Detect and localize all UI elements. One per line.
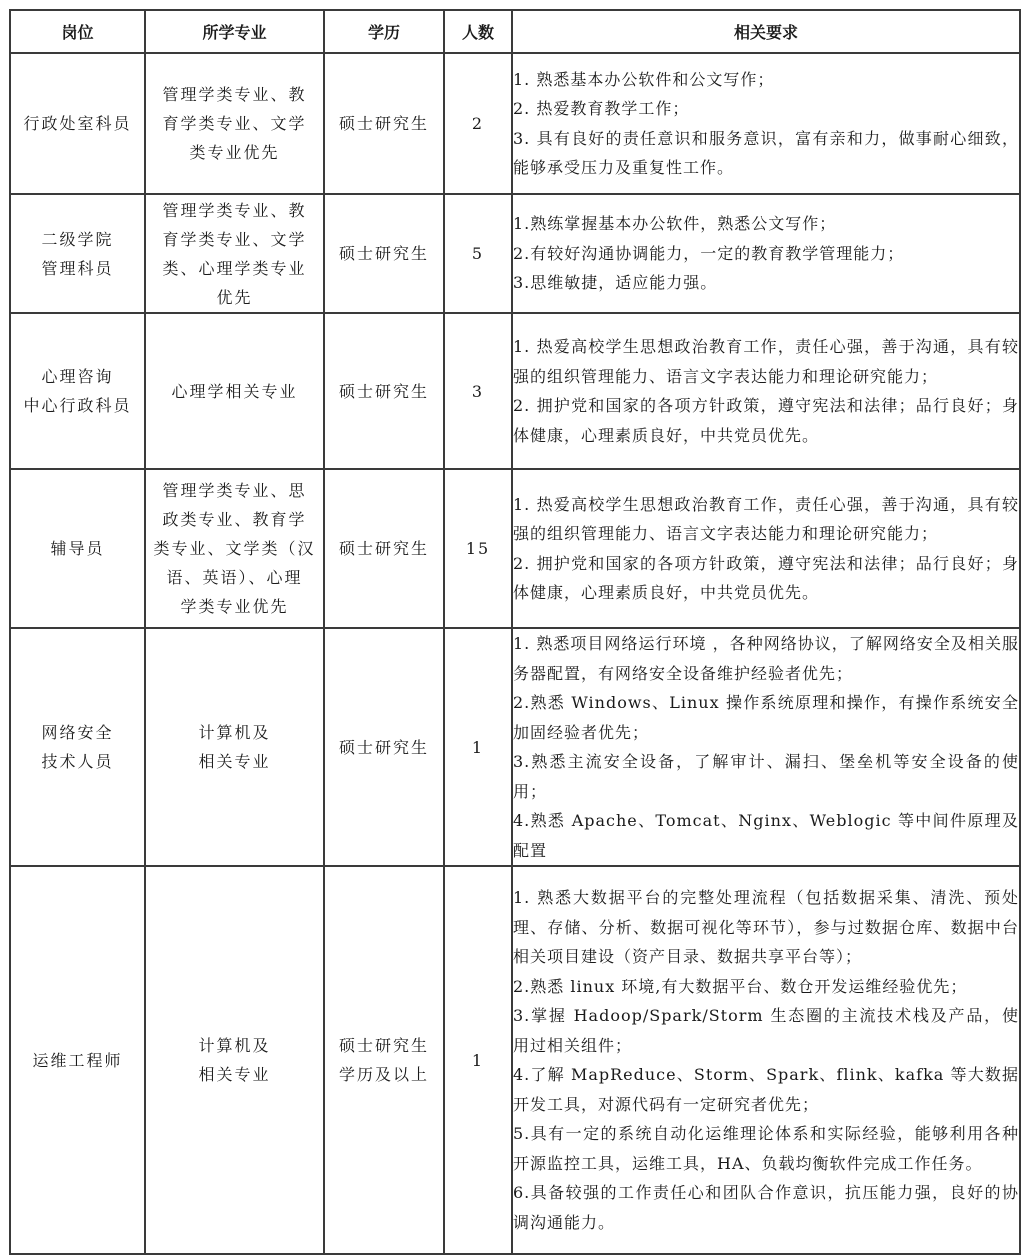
- requirements-cell-line: 1. 热爱高校学生思想政治教育工作，责任心强，善于沟通，具有较强的组织管理能力、…: [513, 332, 1019, 391]
- requirements-cell-line: 2. 热爱教育教学工作；: [513, 94, 1019, 124]
- header-count: 人数: [444, 10, 512, 53]
- position-cell-line: 网络安全: [11, 718, 144, 747]
- major-cell-line: 政类专业、教育学: [146, 505, 323, 534]
- position-cell-line: 行政处室科员: [11, 109, 144, 138]
- major-cell-line: 计算机及: [146, 1031, 323, 1060]
- education-cell-line: 硕士研究生: [325, 534, 443, 563]
- major-cell-line: 相关专业: [146, 747, 323, 776]
- requirements-cell-line: 3.掌握 Hadoop/Spark/Storm 生态圈的主流技术栈及产品，使用过…: [513, 1001, 1019, 1060]
- position-cell: 行政处室科员: [10, 53, 145, 194]
- count-cell: 3: [444, 313, 512, 469]
- requirements-cell-line: 4.熟悉 Apache、Tomcat、Nginx、Weblogic 等中间件原理…: [513, 806, 1019, 865]
- major-cell-line: 类、心理学类专业: [146, 254, 323, 283]
- major-cell-line: 管理学类专业、教: [146, 196, 323, 225]
- count-cell: 2: [444, 53, 512, 194]
- position-cell-line: 运维工程师: [11, 1046, 144, 1075]
- header-row: 岗位 所学专业 学历 人数 相关要求: [10, 10, 1020, 53]
- major-cell: 心理学相关专业: [145, 313, 324, 469]
- education-cell: 硕士研究生: [324, 194, 444, 313]
- requirements-cell-line: 3. 具有良好的责任意识和服务意识，富有亲和力，做事耐心细致，能够承受压力及重复…: [513, 124, 1019, 183]
- education-cell: 硕士研究生: [324, 469, 444, 628]
- requirements-cell: 1. 热爱高校学生思想政治教育工作，责任心强，善于沟通，具有较强的组织管理能力、…: [512, 313, 1020, 469]
- major-cell-line: 类专业、文学类（汉: [146, 534, 323, 563]
- requirements-cell-line: 3.思维敏捷，适应能力强。: [513, 268, 1019, 298]
- count-cell: 5: [444, 194, 512, 313]
- requirements-cell-line: 2. 拥护党和国家的各项方针政策，遵守宪法和法律；品行良好；身体健康，心理素质良…: [513, 391, 1019, 450]
- table-row: 心理咨询中心行政科员心理学相关专业硕士研究生31. 热爱高校学生思想政治教育工作…: [10, 313, 1020, 469]
- requirements-cell-line: 2. 拥护党和国家的各项方针政策，遵守宪法和法律；品行良好；身体健康，心理素质良…: [513, 549, 1019, 608]
- requirements-cell-line: 1. 熟悉项目网络运行环境 ，各种网络协议，了解网络安全及相关服务器配置，有网络…: [513, 629, 1019, 688]
- major-cell: 计算机及相关专业: [145, 866, 324, 1254]
- table-row: 行政处室科员管理学类专业、教育学类专业、文学类专业优先硕士研究生21. 熟悉基本…: [10, 53, 1020, 194]
- major-cell: 管理学类专业、教育学类专业、文学类专业优先: [145, 53, 324, 194]
- major-cell-line: 优先: [146, 283, 323, 312]
- position-cell-line: 技术人员: [11, 747, 144, 776]
- major-cell-line: 育学类专业、文学: [146, 225, 323, 254]
- requirements-cell-line: 4.了解 MapReduce、Storm、Spark、flink、kafka 等…: [513, 1060, 1019, 1119]
- requirements-cell-line: 1. 熟悉大数据平台的完整处理流程（包括数据采集、清洗、预处理、存储、分析、数据…: [513, 883, 1019, 972]
- table-row: 二级学院管理科员管理学类专业、教育学类专业、文学类、心理学类专业优先硕士研究生5…: [10, 194, 1020, 313]
- requirements-cell-line: 2.熟悉 linux 环境,有大数据平台、数仓开发运维经验优先；: [513, 972, 1019, 1002]
- education-cell-line: 硕士研究生: [325, 733, 443, 762]
- education-cell: 硕士研究生: [324, 53, 444, 194]
- count-cell: 15: [444, 469, 512, 628]
- count-cell: 1: [444, 866, 512, 1254]
- position-cell-line: 辅导员: [11, 534, 144, 563]
- position-cell-line: 中心行政科员: [11, 391, 144, 420]
- education-cell: 硕士研究生: [324, 628, 444, 866]
- requirements-cell: 1. 熟悉大数据平台的完整处理流程（包括数据采集、清洗、预处理、存储、分析、数据…: [512, 866, 1020, 1254]
- education-cell-line: 硕士研究生: [325, 109, 443, 138]
- requirements-cell-line: 2.熟悉 Windows、Linux 操作系统原理和操作，有操作系统安全加固经验…: [513, 688, 1019, 747]
- header-requirements: 相关要求: [512, 10, 1020, 53]
- education-cell: 硕士研究生: [324, 313, 444, 469]
- major-cell: 管理学类专业、教育学类专业、文学类、心理学类专业优先: [145, 194, 324, 313]
- education-cell-line: 学历及以上: [325, 1060, 443, 1089]
- requirements-cell: 1. 熟悉基本办公软件和公文写作；2. 热爱教育教学工作；3. 具有良好的责任意…: [512, 53, 1020, 194]
- position-cell: 运维工程师: [10, 866, 145, 1254]
- position-cell-line: 二级学院: [11, 225, 144, 254]
- education-cell-line: 硕士研究生: [325, 1031, 443, 1060]
- table-row: 辅导员管理学类专业、思政类专业、教育学类专业、文学类（汉语、英语）、心理学类专业…: [10, 469, 1020, 628]
- position-cell: 辅导员: [10, 469, 145, 628]
- education-cell-line: 硕士研究生: [325, 239, 443, 268]
- header-major: 所学专业: [145, 10, 324, 53]
- major-cell: 管理学类专业、思政类专业、教育学类专业、文学类（汉语、英语）、心理学类专业优先: [145, 469, 324, 628]
- major-cell-line: 计算机及: [146, 718, 323, 747]
- major-cell-line: 类专业优先: [146, 138, 323, 167]
- requirements-cell-line: 3.熟悉主流安全设备，了解审计、漏扫、堡垒机等安全设备的使用；: [513, 747, 1019, 806]
- count-cell: 1: [444, 628, 512, 866]
- position-cell: 心理咨询中心行政科员: [10, 313, 145, 469]
- requirements-cell: 1. 热爱高校学生思想政治教育工作，责任心强，善于沟通，具有较强的组织管理能力、…: [512, 469, 1020, 628]
- requirements-cell: 1. 熟悉项目网络运行环境 ，各种网络协议，了解网络安全及相关服务器配置，有网络…: [512, 628, 1020, 866]
- requirements-cell-line: 6.具备较强的工作责任心和团队合作意识，抗压能力强，良好的协调沟通能力。: [513, 1178, 1019, 1237]
- table-row: 网络安全技术人员计算机及相关专业硕士研究生11. 熟悉项目网络运行环境 ，各种网…: [10, 628, 1020, 866]
- major-cell-line: 管理学类专业、思: [146, 476, 323, 505]
- position-cell: 二级学院管理科员: [10, 194, 145, 313]
- major-cell-line: 语、英语）、心理: [146, 563, 323, 592]
- major-cell-line: 育学类专业、文学: [146, 109, 323, 138]
- header-position: 岗位: [10, 10, 145, 53]
- major-cell-line: 学类专业优先: [146, 592, 323, 621]
- requirements-cell-line: 1. 热爱高校学生思想政治教育工作，责任心强，善于沟通，具有较强的组织管理能力、…: [513, 490, 1019, 549]
- education-cell: 硕士研究生学历及以上: [324, 866, 444, 1254]
- requirements-cell-line: 1. 熟悉基本办公软件和公文写作；: [513, 65, 1019, 95]
- requirements-cell-line: 5.具有一定的系统自动化运维理论体系和实际经验，能够利用各种开源监控工具，运维工…: [513, 1119, 1019, 1178]
- major-cell-line: 相关专业: [146, 1060, 323, 1089]
- position-cell-line: 心理咨询: [11, 362, 144, 391]
- major-cell-line: 管理学类专业、教: [146, 80, 323, 109]
- requirements-cell-line: 1.熟练掌握基本办公软件，熟悉公文写作；: [513, 209, 1019, 239]
- job-requirements-table: 岗位 所学专业 学历 人数 相关要求 行政处室科员管理学类专业、教育学类专业、文…: [9, 9, 1021, 1255]
- table-row: 运维工程师计算机及相关专业硕士研究生学历及以上11. 熟悉大数据平台的完整处理流…: [10, 866, 1020, 1254]
- requirements-cell-line: 2.有较好沟通协调能力，一定的教育教学管理能力；: [513, 239, 1019, 269]
- header-education: 学历: [324, 10, 444, 53]
- requirements-cell: 1.熟练掌握基本办公软件，熟悉公文写作；2.有较好沟通协调能力，一定的教育教学管…: [512, 194, 1020, 313]
- position-cell: 网络安全技术人员: [10, 628, 145, 866]
- major-cell-line: 心理学相关专业: [146, 377, 323, 406]
- education-cell-line: 硕士研究生: [325, 377, 443, 406]
- major-cell: 计算机及相关专业: [145, 628, 324, 866]
- position-cell-line: 管理科员: [11, 254, 144, 283]
